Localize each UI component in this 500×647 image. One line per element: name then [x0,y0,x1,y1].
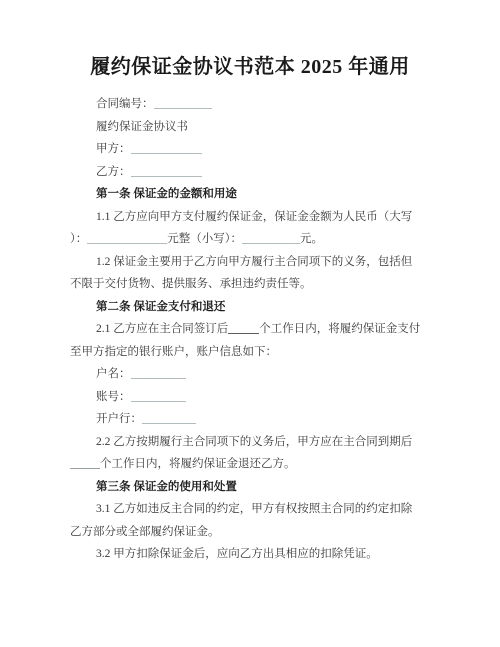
account-number-line-text: 账号： [96,391,131,403]
document-title: 履约保证金协议书范本 2025 年通用 [0,0,500,80]
article-3-heading-text: 第三条 保证金的使用和处置 [96,481,237,493]
payment-days-blank [228,332,259,334]
article-3-heading: 第三条 保证金的使用和处置 [70,476,422,499]
contract-number-line: 合同编号： [70,93,422,116]
party-b-line: 乙方： [70,161,422,184]
clause-3-1-line-1: 3.1 乙方如违反主合同的约定，甲方有权按照主合同的约定扣除 [70,498,422,521]
account-name-line: 户名： [70,363,422,386]
party-b-blank [131,175,202,177]
clause-1-1-line-2-text: 元。 [300,233,323,245]
bank-branch-line-text: 开户行： [96,413,142,425]
clause-1-2-line-1: 1.2 保证金主要用于乙方向甲方履行主合同项下的义务，包括但 [70,251,422,274]
doc-subtitle-line: 履约保证金协议书 [70,116,422,139]
clause-1-1-line-1-text: 1.1 乙方应向甲方支付履约保证金，保证金金额为人民币（大写 [96,211,412,223]
article-1-heading: 第一条 保证金的金额和用途 [70,183,422,206]
article-2-heading: 第二条 保证金支付和退还 [70,296,422,319]
party-b-line-text: 乙方： [96,166,131,178]
party-a-blank [131,152,202,154]
clause-1-2-line-2-text: 不限于交付货物、提供服务、承担违约责任等。 [70,278,312,290]
clause-2-2-line-2: 个工作日内，将履约保证金退还乙方。 [70,453,422,476]
account-name-blank [131,377,186,379]
clause-2-2-line-1: 2.2 乙方按期履行主合同项下的义务后，甲方应在主合同到期后 [70,431,422,454]
clause-2-2-line-1-text: 2.2 乙方按期履行主合同项下的义务后，甲方应在主合同到期后 [96,436,412,448]
account-name-line-text: 户名： [96,368,131,380]
account-number-line: 账号： [70,386,422,409]
clause-2-1-line-1-text: 个工作日内，将履约保证金支付 [259,323,420,335]
clause-2-2-line-2-text: 个工作日内，将履约保证金退还乙方。 [100,458,296,470]
bank-branch-line: 开户行： [70,408,422,431]
document-body: 合同编号：履约保证金协议书甲方：乙方：第一条 保证金的金额和用途1.1 乙方应向… [70,93,422,566]
clause-1-2-line-1-text: 1.2 保证金主要用于乙方向甲方履行主合同项下的义务，包括但 [96,256,412,268]
amount-figures-blank [242,242,300,244]
refund-days-blank [70,467,100,469]
clause-1-1-line-2-text: 元整（小写）： [167,233,242,245]
clause-1-1-line-2-text: ）： [70,233,87,245]
contract-number-blank [154,107,212,109]
contract-number-line-text: 合同编号： [96,98,154,110]
party-a-line-text: 甲方： [96,143,131,155]
clause-2-1-line-1: 2.1 乙方应在主合同签订后个工作日内，将履约保证金支付 [70,318,422,341]
clause-1-1-line-1: 1.1 乙方应向甲方支付履约保证金，保证金金额为人民币（大写 [70,206,422,229]
article-1-heading-text: 第一条 保证金的金额和用途 [96,188,237,200]
document-page: 履约保证金协议书范本 2025 年通用 合同编号：履约保证金协议书甲方：乙方：第… [0,0,500,647]
clause-3-2-line-1: 3.2 甲方扣除保证金后，应向乙方出具相应的扣除凭证。 [70,543,422,566]
clause-3-1-line-2-text: 乙方部分或全部履约保证金。 [70,526,220,538]
clause-3-1-line-2: 乙方部分或全部履约保证金。 [70,521,422,544]
amount-words-blank [87,242,167,244]
clause-2-1-line-2: 至甲方指定的银行账户，账户信息如下： [70,341,422,364]
doc-subtitle-line-text: 履约保证金协议书 [96,121,188,133]
account-number-blank [131,400,186,402]
clause-2-1-line-1-text: 2.1 乙方应在主合同签订后 [96,323,228,335]
bank-branch-blank [142,422,196,424]
clause-3-2-line-1-text: 3.2 甲方扣除保证金后，应向乙方出具相应的扣除凭证。 [96,548,378,560]
clause-1-1-line-2: ）：元整（小写）：元。 [70,228,422,251]
clause-1-2-line-2: 不限于交付货物、提供服务、承担违约责任等。 [70,273,422,296]
party-a-line: 甲方： [70,138,422,161]
clause-2-1-line-2-text: 至甲方指定的银行账户，账户信息如下： [70,346,277,358]
clause-3-1-line-1-text: 3.1 乙方如违反主合同的约定，甲方有权按照主合同的约定扣除 [96,503,412,515]
article-2-heading-text: 第二条 保证金支付和退还 [96,301,225,313]
